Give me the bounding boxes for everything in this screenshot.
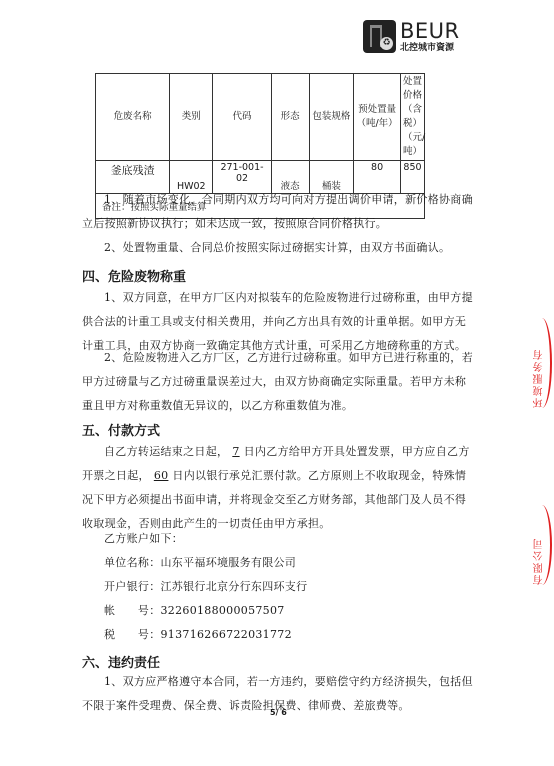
recycle-icon: ♻ (380, 37, 393, 50)
section4-para-2: 2、危险废物进入乙方厂区，乙方进行过磅称重。如甲方已进行称重的，若甲方过磅量与乙… (82, 346, 477, 418)
page-number: 5/ 6 (270, 708, 287, 717)
section6-heading: 六、违约责任 (82, 652, 160, 671)
col-header-form: 形态 (271, 74, 309, 161)
invoice-days-value: 7 (228, 445, 243, 458)
col-header-category: 类别 (170, 74, 213, 161)
account-bank: 开户银行：江苏银行北京分行东四环支行 (104, 578, 307, 594)
section5-para-1: 自乙方转运结束之日起，7日内乙方给甲方开具处置发票，甲方应自乙方开票之日起，60… (82, 440, 477, 536)
logo-emblem-icon: ♻ (363, 20, 396, 53)
col-header-name: 危废名称 (96, 74, 170, 161)
payment-text-a: 自乙方转运结束之日起， (104, 445, 228, 458)
col-header-packaging: 包装规格 (309, 74, 354, 161)
account-intro: 乙方账户如下： (104, 530, 183, 546)
col-header-quantity: 预处置量（吨/年） (354, 74, 401, 161)
section5-heading: 五、付款方式 (82, 420, 160, 439)
logo-en-text: BEUR (400, 21, 460, 42)
section3-para-2: 2、处置物重量、合同总价按照实际过磅据实计算，由双方书面确认。 (82, 236, 477, 260)
account-tax-number: 税 号：913716266722031772 (104, 626, 292, 642)
payment-days-value: 60 (150, 469, 173, 482)
company-logo: ♻ BEUR 北控城市資源 (363, 20, 460, 53)
account-number: 帐 号：32260188000057507 (104, 602, 285, 618)
logo-cn-text: 北控城市資源 (400, 44, 460, 53)
col-header-code: 代码 (213, 74, 272, 161)
table-header-row: 危废名称 类别 代码 形态 包装规格 预处置量（吨/年） 处置价格（含税）（元/… (96, 74, 425, 161)
seal-stamp-bottom: 有限公司 (532, 505, 552, 585)
section4-heading: 四、危险废物称重 (82, 266, 186, 285)
seal-stamp-top: 环境服务有 (532, 318, 552, 408)
col-header-price: 处置价格（含税）（元/吨） (401, 74, 425, 161)
section3-para-1: 1、随着市场变化，合同期内双方均可向对方提出调价申请，新价格协商确立后按照新协议… (82, 188, 477, 236)
account-company: 单位名称：山东平福环境服务有限公司 (104, 554, 296, 570)
